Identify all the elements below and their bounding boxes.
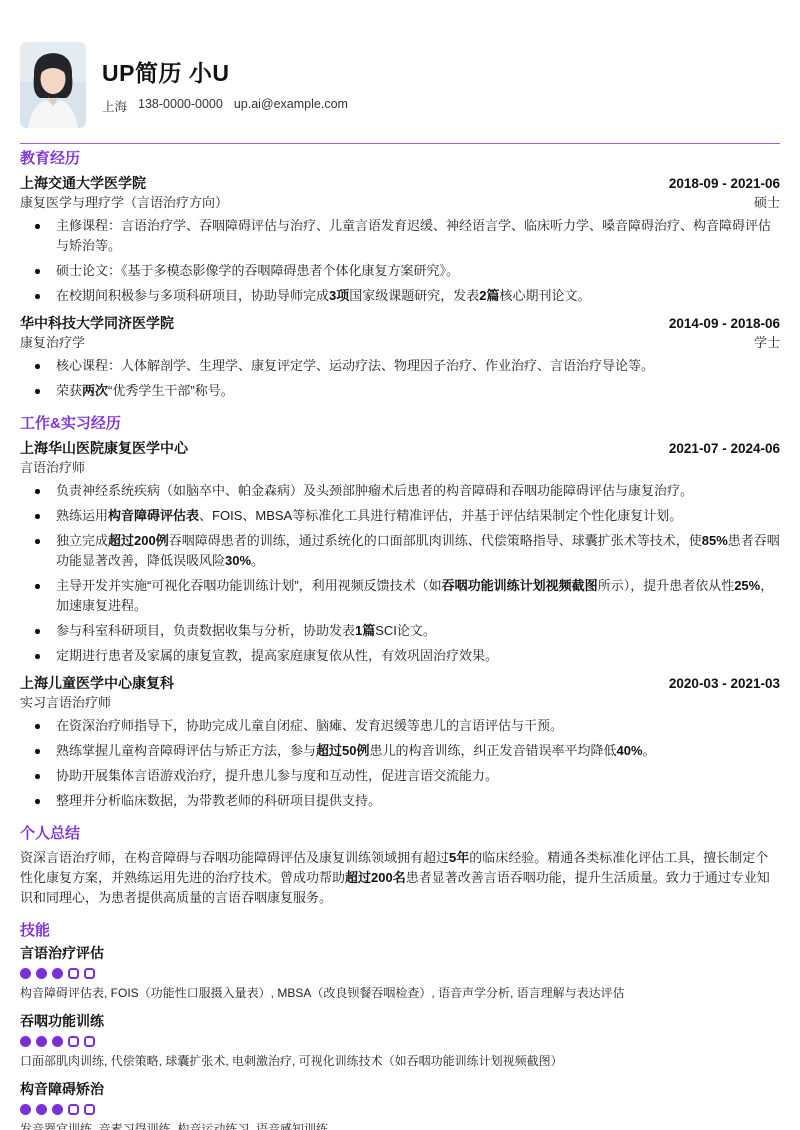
skill-dot-filled-icon: [20, 1036, 31, 1047]
bullet-marker-icon: [35, 224, 40, 229]
entry: 上海交通大学医学院2018-09 - 2021-06康复医学与理疗学（言语治疗方…: [20, 174, 780, 306]
bullet-item: 熟练运用构音障碍评估表、FOIS、MBSA等标准化工具进行精准评估，并基于评估结…: [20, 506, 780, 526]
bullet-list: 在资深治疗师指导下，协助完成儿童自闭症、脑瘫、发育迟缓等患儿的言语评估与干预。熟…: [20, 716, 780, 811]
bullet-list: 主修课程：言语治疗学、吞咽障碍评估与治疗、儿童言语发育迟缓、神经语言学、临床听力…: [20, 216, 780, 306]
entry-date: 2018-09 - 2021-06: [669, 176, 780, 191]
bullet-marker-icon: [35, 749, 40, 754]
entry-header-row: 上海华山医院康复医学中心2021-07 - 2024-06: [20, 439, 780, 457]
entry-date: 2014-09 - 2018-06: [669, 316, 780, 331]
section-title: 个人总结: [20, 825, 780, 843]
skill-dot-empty-icon: [84, 968, 95, 979]
bullet-marker-icon: [35, 539, 40, 544]
bullet-marker-icon: [35, 724, 40, 729]
entry-org: 上海交通大学医学院: [20, 174, 146, 192]
resume-sections: 教育经历上海交通大学医学院2018-09 - 2021-06康复医学与理疗学（言…: [20, 150, 780, 1130]
section-education: 教育经历上海交通大学医学院2018-09 - 2021-06康复医学与理疗学（言…: [20, 150, 780, 401]
bullet-marker-icon: [35, 269, 40, 274]
bullet-item: 主修课程：言语治疗学、吞咽障碍评估与治疗、儿童言语发育迟缓、神经语言学、临床听力…: [20, 216, 780, 256]
bullet-marker-icon: [35, 294, 40, 299]
bullet-list: 核心课程：人体解剖学、生理学、康复评定学、运动疗法、物理因子治疗、作业治疗、言语…: [20, 356, 780, 401]
section-title: 工作&实习经历: [20, 415, 780, 433]
bullet-item: 负责神经系统疾病（如脑卒中、帕金森病）及头颈部肿瘤术后患者的构音障碍和吞咽功能障…: [20, 481, 780, 501]
skill-dot-filled-icon: [52, 1036, 63, 1047]
bullet-item: 定期进行患者及家属的康复宣教，提高家庭康复依从性，有效巩固治疗效果。: [20, 646, 780, 666]
summary-paragraph: 资深言语治疗师，在构音障碍与吞咽功能障碍评估及康复训练领域拥有超过5年的临床经验…: [20, 848, 780, 908]
skill-level-dots: [20, 1104, 780, 1115]
skill-dot-filled-icon: [36, 1104, 47, 1115]
bullet-marker-icon: [35, 654, 40, 659]
bullet-item: 在资深治疗师指导下，协助完成儿童自闭症、脑瘫、发育迟缓等患儿的言语评估与干预。: [20, 716, 780, 736]
bullet-marker-icon: [35, 389, 40, 394]
entry-date: 2021-07 - 2024-06: [669, 441, 780, 456]
portrait-illustration: [20, 42, 86, 128]
entry-role: 实习言语治疗师: [20, 695, 111, 711]
entry-org: 上海华山医院康复医学中心: [20, 439, 188, 457]
entry-header-row: 上海儿童医学中心康复科2020-03 - 2021-03: [20, 674, 780, 692]
profile-photo: [20, 42, 86, 128]
section-title: 教育经历: [20, 150, 780, 168]
entry-header-row: 华中科技大学同济医学院2014-09 - 2018-06: [20, 314, 780, 332]
skill-detail: 发音器官训练, 音素习得训练, 构音运动练习, 语音感知训练: [20, 1121, 780, 1130]
section-summary: 个人总结资深言语治疗师，在构音障碍与吞咽功能障碍评估及康复训练领域拥有超过5年的…: [20, 825, 780, 908]
contact-row: 上海 138-0000-0000 up.ai@example.com: [102, 97, 348, 115]
entry-sub-row: 言语治疗师: [20, 460, 780, 476]
skill-name: 构音障碍矫治: [20, 1081, 780, 1098]
skill-name: 吞咽功能训练: [20, 1013, 780, 1030]
entry-role: 康复治疗学: [20, 335, 85, 351]
skill-item: 构音障碍矫治发音器官训练, 音素习得训练, 构音运动练习, 语音感知训练: [20, 1081, 780, 1130]
bullet-marker-icon: [35, 629, 40, 634]
entry-role: 康复医学与理疗学（言语治疗方向）: [20, 195, 228, 211]
header-divider: [20, 143, 780, 144]
contact-phone: 138-0000-0000: [138, 97, 223, 115]
entry: 上海儿童医学中心康复科2020-03 - 2021-03实习言语治疗师在资深治疗…: [20, 674, 780, 811]
contact-location: 上海: [102, 97, 127, 115]
bullet-item: 参与科室科研项目，负责数据收集与分析，协助发表1篇SCI论文。: [20, 621, 780, 641]
header-info: UP简历 小U 上海 138-0000-0000 up.ai@example.c…: [102, 42, 348, 115]
bullet-item: 主导开发并实施“可视化吞咽功能训练计划”，利用视频反馈技术（如吞咽功能训练计划视…: [20, 576, 780, 616]
bullet-item: 在校期间积极参与多项科研项目，协助导师完成3项国家级课题研究，发表2篇核心期刊论…: [20, 286, 780, 306]
skill-dot-filled-icon: [20, 1104, 31, 1115]
bullet-marker-icon: [35, 584, 40, 589]
bullet-item: 荣获两次“优秀学生干部”称号。: [20, 381, 780, 401]
skill-dot-filled-icon: [52, 1104, 63, 1115]
section-work: 工作&实习经历上海华山医院康复医学中心2021-07 - 2024-06言语治疗…: [20, 415, 780, 811]
bullet-marker-icon: [35, 774, 40, 779]
bullet-item: 熟练掌握儿童构音障碍评估与矫正方法，参与超过50例患儿的构音训练，纠正发音错误率…: [20, 741, 780, 761]
skill-name: 言语治疗评估: [20, 945, 780, 962]
candidate-name: UP简历 小U: [102, 55, 348, 88]
entry-org: 上海儿童医学中心康复科: [20, 674, 174, 692]
bullet-list: 负责神经系统疾病（如脑卒中、帕金森病）及头颈部肿瘤术后患者的构音障碍和吞咽功能障…: [20, 481, 780, 666]
entry: 上海华山医院康复医学中心2021-07 - 2024-06言语治疗师负责神经系统…: [20, 439, 780, 666]
skill-dot-empty-icon: [84, 1104, 95, 1115]
entry-sub-row: 康复医学与理疗学（言语治疗方向）硕士: [20, 195, 780, 211]
bullet-marker-icon: [35, 364, 40, 369]
skill-dot-filled-icon: [36, 1036, 47, 1047]
skill-dot-empty-icon: [84, 1036, 95, 1047]
skill-dot-filled-icon: [20, 968, 31, 979]
entry-role: 言语治疗师: [20, 460, 85, 476]
skill-item: 吞咽功能训练口面部肌肉训练, 代偿策略, 球囊扩张术, 电刺激治疗, 可视化训练…: [20, 1013, 780, 1069]
entry-sub-row: 康复治疗学学士: [20, 335, 780, 351]
skill-dot-empty-icon: [68, 1104, 79, 1115]
skill-level-dots: [20, 968, 780, 979]
entry-sub-row: 实习言语治疗师: [20, 695, 780, 711]
entry-org: 华中科技大学同济医学院: [20, 314, 174, 332]
entry-date: 2020-03 - 2021-03: [669, 676, 780, 691]
bullet-marker-icon: [35, 514, 40, 519]
entry-degree: 硕士: [754, 195, 780, 211]
bullet-item: 整理并分析临床数据，为带教老师的科研项目提供支持。: [20, 791, 780, 811]
bullet-item: 独立完成超过200例吞咽障碍患者的训练，通过系统化的口面部肌肉训练、代偿策略指导…: [20, 531, 780, 571]
resume-page: UP简历 小U 上海 138-0000-0000 up.ai@example.c…: [0, 0, 800, 1130]
skill-dot-filled-icon: [36, 968, 47, 979]
bullet-item: 硕士论文：《基于多模态影像学的吞咽障碍患者个体化康复方案研究》。: [20, 261, 780, 281]
entry: 华中科技大学同济医学院2014-09 - 2018-06康复治疗学学士核心课程：…: [20, 314, 780, 401]
resume-header: UP简历 小U 上海 138-0000-0000 up.ai@example.c…: [20, 0, 780, 128]
skill-dot-empty-icon: [68, 1036, 79, 1047]
skill-dot-filled-icon: [52, 968, 63, 979]
section-skills: 技能言语治疗评估构音障碍评估表, FOIS（功能性口服摄入量表）, MBSA（改…: [20, 922, 780, 1130]
skill-detail: 构音障碍评估表, FOIS（功能性口服摄入量表）, MBSA（改良钡餐吞咽检查）…: [20, 985, 780, 1001]
skill-level-dots: [20, 1036, 780, 1047]
bullet-marker-icon: [35, 799, 40, 804]
bullet-marker-icon: [35, 489, 40, 494]
entry-header-row: 上海交通大学医学院2018-09 - 2021-06: [20, 174, 780, 192]
skill-item: 言语治疗评估构音障碍评估表, FOIS（功能性口服摄入量表）, MBSA（改良钡…: [20, 945, 780, 1001]
bullet-item: 核心课程：人体解剖学、生理学、康复评定学、运动疗法、物理因子治疗、作业治疗、言语…: [20, 356, 780, 376]
entry-degree: 学士: [754, 335, 780, 351]
contact-email: up.ai@example.com: [234, 97, 348, 115]
skill-dot-empty-icon: [68, 968, 79, 979]
bullet-item: 协助开展集体言语游戏治疗，提升患儿参与度和互动性，促进言语交流能力。: [20, 766, 780, 786]
section-title: 技能: [20, 922, 780, 940]
skill-detail: 口面部肌肉训练, 代偿策略, 球囊扩张术, 电刺激治疗, 可视化训练技术（如吞咽…: [20, 1053, 780, 1069]
